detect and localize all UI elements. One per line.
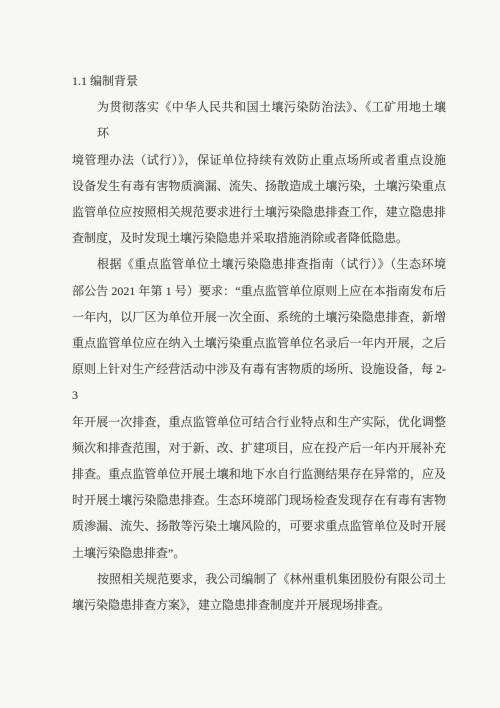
- paragraph-line: 壤污染隐患排查方案》，建立隐患排查制度并开展现场排查。: [72, 592, 446, 618]
- section-heading: 1.1 编制背景: [72, 68, 446, 94]
- paragraph-line: 原则上针对生产经营活动中涉及有毒有害物质的场所、设施设备，每 2-3: [72, 356, 446, 408]
- document-page: 1.1 编制背景 为贯彻落实《中华人民共和国土壤污染防治法》、《工矿用地土壤 环…: [0, 0, 500, 708]
- paragraph-line: 查制度，及时发现土壤污染隐患并采取措施消除或者降低隐患。: [72, 225, 446, 251]
- paragraph-line: 境管理办法（试行）》，保证单位持续有效防止重点场所或者重点设施: [72, 147, 446, 173]
- paragraph-line: 排查。重点监管单位开展土壤和地下水自行监测结果存在异常的，应及: [72, 461, 446, 487]
- paragraph-line: 监管单位应按照相关规范要求进行土壤污染隐患排查工作，建立隐患排: [72, 199, 446, 225]
- paragraph-line: 土壤污染隐患排查”。: [72, 540, 446, 566]
- paragraph-line: 按照相关规范要求，我公司编制了《林州重机集团股份有限公司土: [72, 566, 446, 592]
- paragraph-line: 部公告 2021 年第 1 号）要求：“重点监管单位原则上应在本指南发布后: [72, 278, 446, 304]
- paragraph-line: 一年内，以厂区为单位开展一次全面、系统的土壤污染隐患排查，新增: [72, 304, 446, 330]
- paragraph-line: 根据《重点监管单位土壤污染隐患排查指南（试行）》（生态环境: [72, 251, 446, 277]
- paragraph-line: 重点监管单位应在纳入土壤污染重点监管单位名录后一年内开展，之后: [72, 330, 446, 356]
- paragraph: 根据《重点监管单位土壤污染隐患排查指南（试行）》（生态环境 部公告 2021 年…: [72, 251, 446, 565]
- paragraph-line: 频次和排查范围，对于新、改、扩建项目，应在投产后一年内开展补充: [72, 435, 446, 461]
- paragraph-line: 为贯彻落实《中华人民共和国土壤污染防治法》、《工矿用地土壤 环: [72, 94, 446, 146]
- paragraph-line: 设备发生有毒有害物质滴漏、流失、扬散造成土壤污染，土壤污染重点: [72, 173, 446, 199]
- paragraph: 按照相关规范要求，我公司编制了《林州重机集团股份有限公司土 壤污染隐患排查方案》…: [72, 566, 446, 618]
- paragraph-line: 时开展土壤污染隐患排查。生态环境部门现场检查发现存在有毒有害物: [72, 487, 446, 513]
- paragraph-line: 质渗漏、流失、扬散等污染土壤风险的，可要求重点监管单位及时开展: [72, 513, 446, 539]
- text-block: 1.1 编制背景 为贯彻落实《中华人民共和国土壤污染防治法》、《工矿用地土壤 环…: [72, 68, 446, 618]
- paragraph-line: 年开展一次排查，重点监管单位可结合行业特点和生产实际，优化调整: [72, 409, 446, 435]
- paragraph: 为贯彻落实《中华人民共和国土壤污染防治法》、《工矿用地土壤 环 境管理办法（试行…: [72, 94, 446, 251]
